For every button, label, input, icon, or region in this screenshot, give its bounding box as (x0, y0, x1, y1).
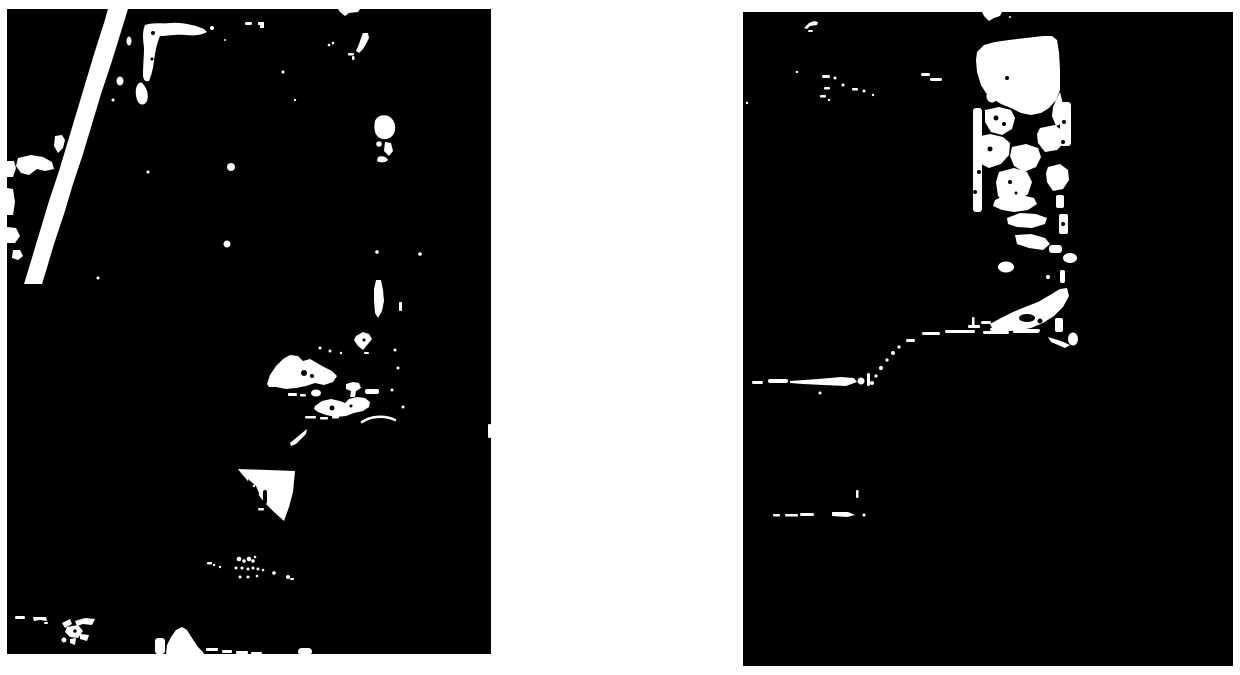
binary-mask-image-right (743, 12, 1233, 666)
binary-mask-image-left (7, 9, 491, 654)
figure-page (0, 0, 1240, 675)
